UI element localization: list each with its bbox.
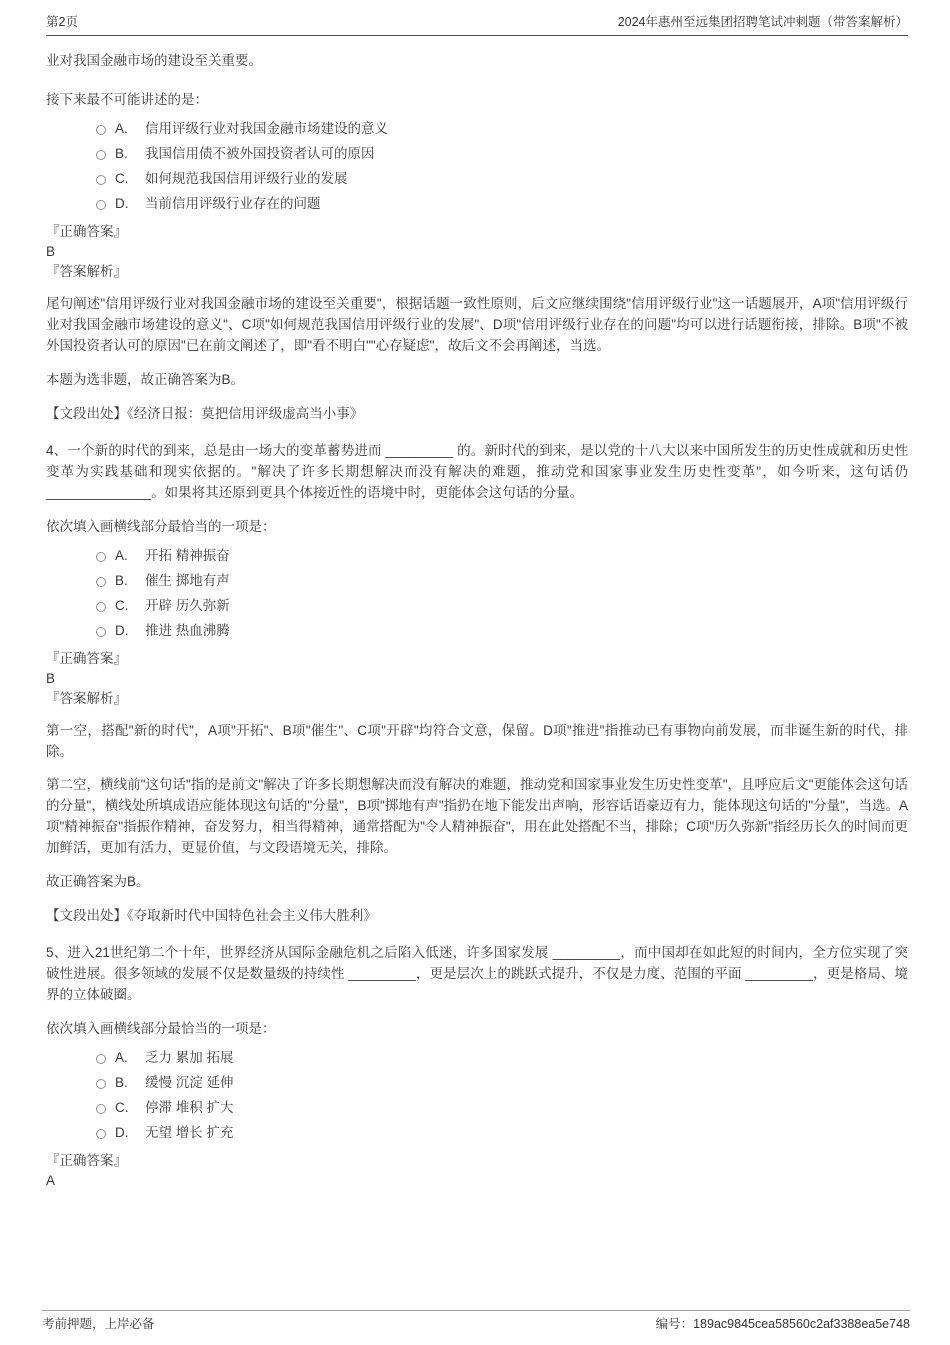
option-row[interactable]: C. 如何规范我国信用评级行业的发展	[46, 166, 908, 191]
option-text: 缓慢 沉淀 延伸	[145, 1072, 234, 1093]
q4-stem: 4、一个新的时代的到来，总是由一场大的变革蓄势进而 _________ 的。新时…	[46, 440, 908, 503]
option-letter: C.	[115, 1097, 145, 1118]
radio-icon[interactable]	[96, 200, 106, 210]
document-page: 第2页 2024年惠州至远集团招聘笔试冲刺题（带答案解析） 业对我国金融市场的建…	[0, 0, 950, 1190]
answer-label: 『正确答案』	[46, 1151, 908, 1170]
radio-icon[interactable]	[96, 125, 106, 135]
option-row[interactable]: B. 催生 掷地有声	[46, 568, 908, 593]
option-text: 开拓 精神振奋	[145, 545, 230, 566]
page-footer: 考前押题，上岸必备 编号：189ac9845cea58560c2af3388ea…	[42, 1310, 910, 1333]
q4-options: A. 开拓 精神振奋 B. 催生 掷地有声 C. 开辟 历久弥新 D. 推进 热…	[46, 543, 908, 643]
q3-continuation-text: 业对我国金融市场的建设至关重要。	[46, 50, 908, 71]
option-text: 推进 热血沸腾	[145, 620, 230, 641]
source-text: 【文段出处】《经济日报：莫把信用评级虚高当小事》	[46, 403, 908, 424]
option-letter: A.	[115, 118, 145, 139]
option-letter: D.	[115, 620, 145, 641]
conclusion-text: 本题为选非题，故正确答案为B。	[46, 369, 908, 390]
analysis-label: 『答案解析』	[46, 262, 908, 281]
footer-slogan: 考前押题，上岸必备	[42, 1316, 155, 1333]
q5-options: A. 乏力 累加 拓展 B. 缓慢 沉淀 延伸 C. 停滞 堆积 扩大 D. 无…	[46, 1045, 908, 1145]
radio-icon[interactable]	[96, 1079, 106, 1089]
option-text: 催生 掷地有声	[145, 570, 230, 591]
option-letter: B.	[115, 143, 145, 164]
radio-icon[interactable]	[96, 1104, 106, 1114]
option-row[interactable]: C. 停滞 堆积 扩大	[46, 1095, 908, 1120]
analysis-paragraph: 尾句阐述"信用评级行业对我国金融市场的建设至关重要"，根据话题一致性原则，后文应…	[46, 293, 908, 356]
answer-value: B	[46, 669, 908, 688]
q5-prompt: 依次填入画横线部分最恰当的一项是：	[46, 1018, 908, 1039]
option-text: 无望 增长 扩充	[145, 1122, 234, 1143]
option-letter: B.	[115, 1072, 145, 1093]
option-row[interactable]: B. 缓慢 沉淀 延伸	[46, 1070, 908, 1095]
option-row[interactable]: D. 当前信用评级行业存在的问题	[46, 191, 908, 216]
option-row[interactable]: A. 乏力 累加 拓展	[46, 1045, 908, 1070]
source-text: 【文段出处】《夺取新时代中国特色社会主义伟大胜利》	[46, 905, 908, 926]
answer-label: 『正确答案』	[46, 649, 908, 668]
option-letter: C.	[115, 168, 145, 189]
option-text: 我国信用债不被外国投资者认可的原因	[145, 143, 375, 164]
analysis-label: 『答案解析』	[46, 689, 908, 708]
option-text: 当前信用评级行业存在的问题	[145, 193, 321, 214]
header-doc-title: 2024年惠州至远集团招聘笔试冲刺题（带答案解析）	[618, 14, 908, 30]
analysis-paragraph: 第一空，搭配"新的时代"，A项"开拓"、B项"催生"、C项"开辟"均符合文意，保…	[46, 720, 908, 762]
option-text: 如何规范我国信用评级行业的发展	[145, 168, 348, 189]
radio-icon[interactable]	[96, 175, 106, 185]
option-letter: A.	[115, 1047, 145, 1068]
option-row[interactable]: C. 开辟 历久弥新	[46, 593, 908, 618]
radio-icon[interactable]	[96, 577, 106, 587]
option-letter: B.	[115, 570, 145, 591]
option-row[interactable]: A. 开拓 精神振奋	[46, 543, 908, 568]
footer-serial: 编号：189ac9845cea58560c2af3388ea5e748	[656, 1316, 910, 1333]
option-row[interactable]: B. 我国信用债不被外国投资者认可的原因	[46, 141, 908, 166]
q3-prompt: 接下来最不可能讲述的是：	[46, 89, 908, 110]
option-row[interactable]: D. 推进 热血沸腾	[46, 618, 908, 643]
q5-stem: 5、进入21世纪第二个十年，世界经济从国际金融危机之后陷入低迷，许多国家发展 _…	[46, 942, 908, 1005]
option-text: 乏力 累加 拓展	[145, 1047, 234, 1068]
option-letter: C.	[115, 595, 145, 616]
radio-icon[interactable]	[96, 150, 106, 160]
answer-value: B	[46, 242, 908, 261]
option-letter: D.	[115, 193, 145, 214]
radio-icon[interactable]	[96, 627, 106, 637]
radio-icon[interactable]	[96, 1129, 106, 1139]
option-row[interactable]: D. 无望 增长 扩充	[46, 1120, 908, 1145]
radio-icon[interactable]	[96, 552, 106, 562]
option-text: 信用评级行业对我国金融市场建设的意义	[145, 118, 388, 139]
page-header: 第2页 2024年惠州至远集团招聘笔试冲刺题（带答案解析）	[46, 14, 908, 36]
option-text: 停滞 堆积 扩大	[145, 1097, 234, 1118]
answer-label: 『正确答案』	[46, 222, 908, 241]
radio-icon[interactable]	[96, 1054, 106, 1064]
analysis-paragraph: 第二空，横线前"这句话"指的是前文"解决了许多长期想解决而没有解决的难题，推动党…	[46, 774, 908, 858]
option-letter: D.	[115, 1122, 145, 1143]
header-page-number: 第2页	[46, 14, 78, 30]
option-text: 开辟 历久弥新	[145, 595, 230, 616]
q4-prompt: 依次填入画横线部分最恰当的一项是：	[46, 516, 908, 537]
option-row[interactable]: A. 信用评级行业对我国金融市场建设的意义	[46, 116, 908, 141]
q3-options: A. 信用评级行业对我国金融市场建设的意义 B. 我国信用债不被外国投资者认可的…	[46, 116, 908, 216]
answer-value: A	[46, 1171, 908, 1190]
conclusion-text: 故正确答案为B。	[46, 871, 908, 892]
radio-icon[interactable]	[96, 602, 106, 612]
option-letter: A.	[115, 545, 145, 566]
